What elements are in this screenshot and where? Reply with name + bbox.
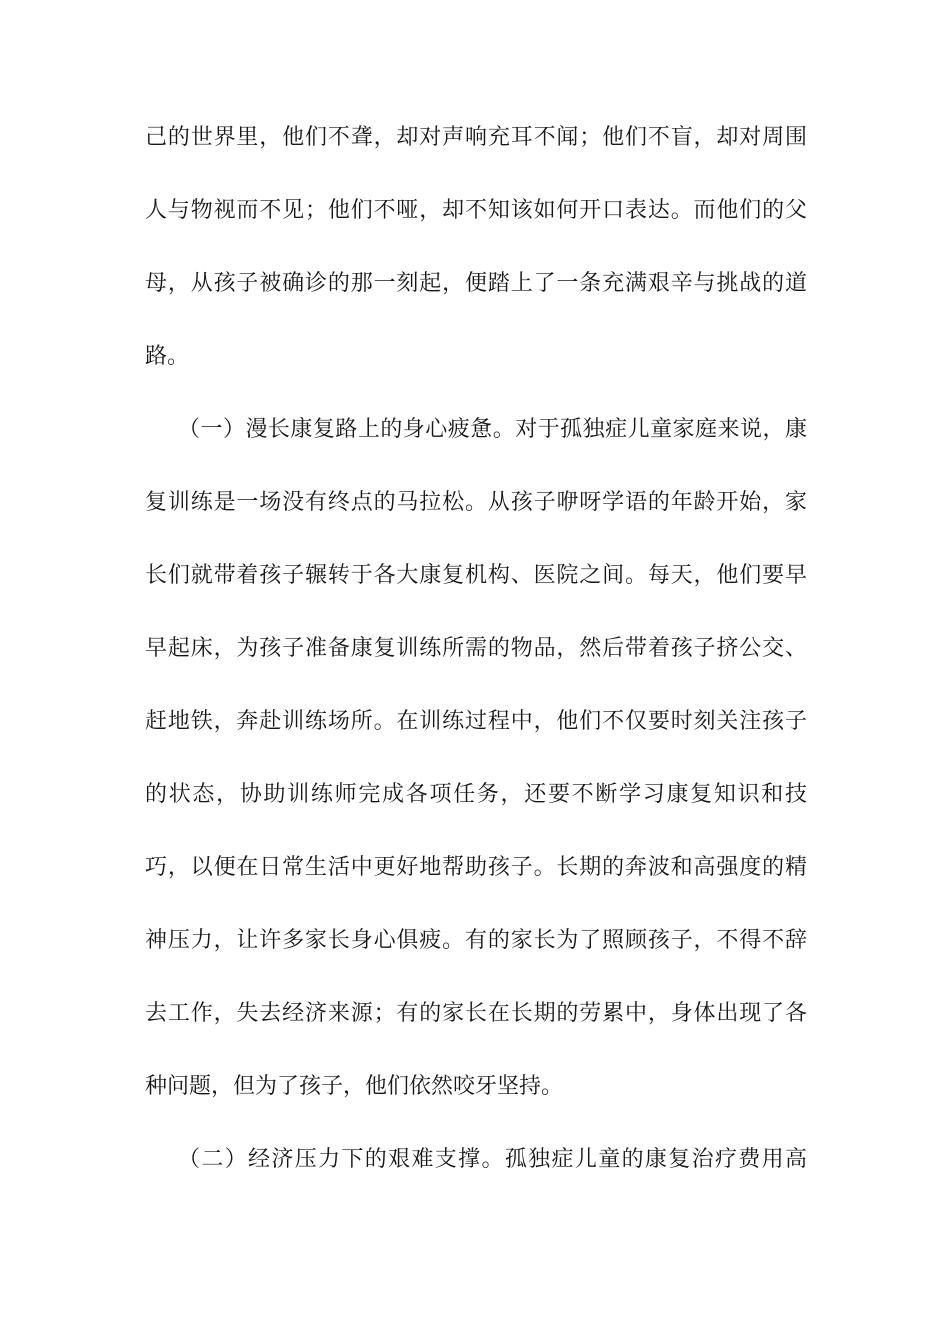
text-line: 巧，以便在日常生活中更好地帮助孩子。长期的奔波和高强度的精 bbox=[145, 830, 807, 903]
text-line: 母，从孩子被确诊的那一刻起，便踏上了一条充满艰辛与挑战的道 bbox=[145, 246, 807, 319]
text-line-section-2-heading: （二）经济压力下的艰难支撑。孤独症儿童的康复治疗费用高 bbox=[145, 1122, 807, 1195]
text-line: 人与物视而不见；他们不哑，却不知该如何开口表达。而他们的父 bbox=[145, 173, 807, 246]
text-line: 路。 bbox=[145, 319, 807, 392]
text-line: 长们就带着孩子辗转于各大康复机构、医院之间。每天，他们要早 bbox=[145, 538, 807, 611]
text-line: 的状态，协助训练师完成各项任务，还要不断学习康复知识和技 bbox=[145, 757, 807, 830]
text-line: 去工作，失去经济来源；有的家长在长期的劳累中，身体出现了各 bbox=[145, 976, 807, 1049]
text-line: 复训练是一场没有终点的马拉松。从孩子咿呀学语的年龄开始，家 bbox=[145, 465, 807, 538]
text-line: 赶地铁，奔赴训练场所。在训练过程中，他们不仅要时刻关注孩子 bbox=[145, 684, 807, 757]
text-line: 神压力，让许多家长身心俱疲。有的家长为了照顾孩子，不得不辞 bbox=[145, 903, 807, 976]
text-line: 己的世界里，他们不聋，却对声响充耳不闻；他们不盲，却对周围 bbox=[145, 100, 807, 173]
text-block: 己的世界里，他们不聋，却对声响充耳不闻；他们不盲，却对周围 人与物视而不见；他们… bbox=[145, 100, 807, 1195]
text-line: 早起床，为孩子准备康复训练所需的物品，然后带着孩子挤公交、 bbox=[145, 611, 807, 684]
text-line-section-1-heading: （一）漫长康复路上的身心疲惫。对于孤独症儿童家庭来说，康 bbox=[145, 392, 807, 465]
text-line: 种问题，但为了孩子，他们依然咬牙坚持。 bbox=[145, 1049, 807, 1122]
document-page: 己的世界里，他们不聋，却对声响充耳不闻；他们不盲，却对周围 人与物视而不见；他们… bbox=[0, 0, 950, 1344]
